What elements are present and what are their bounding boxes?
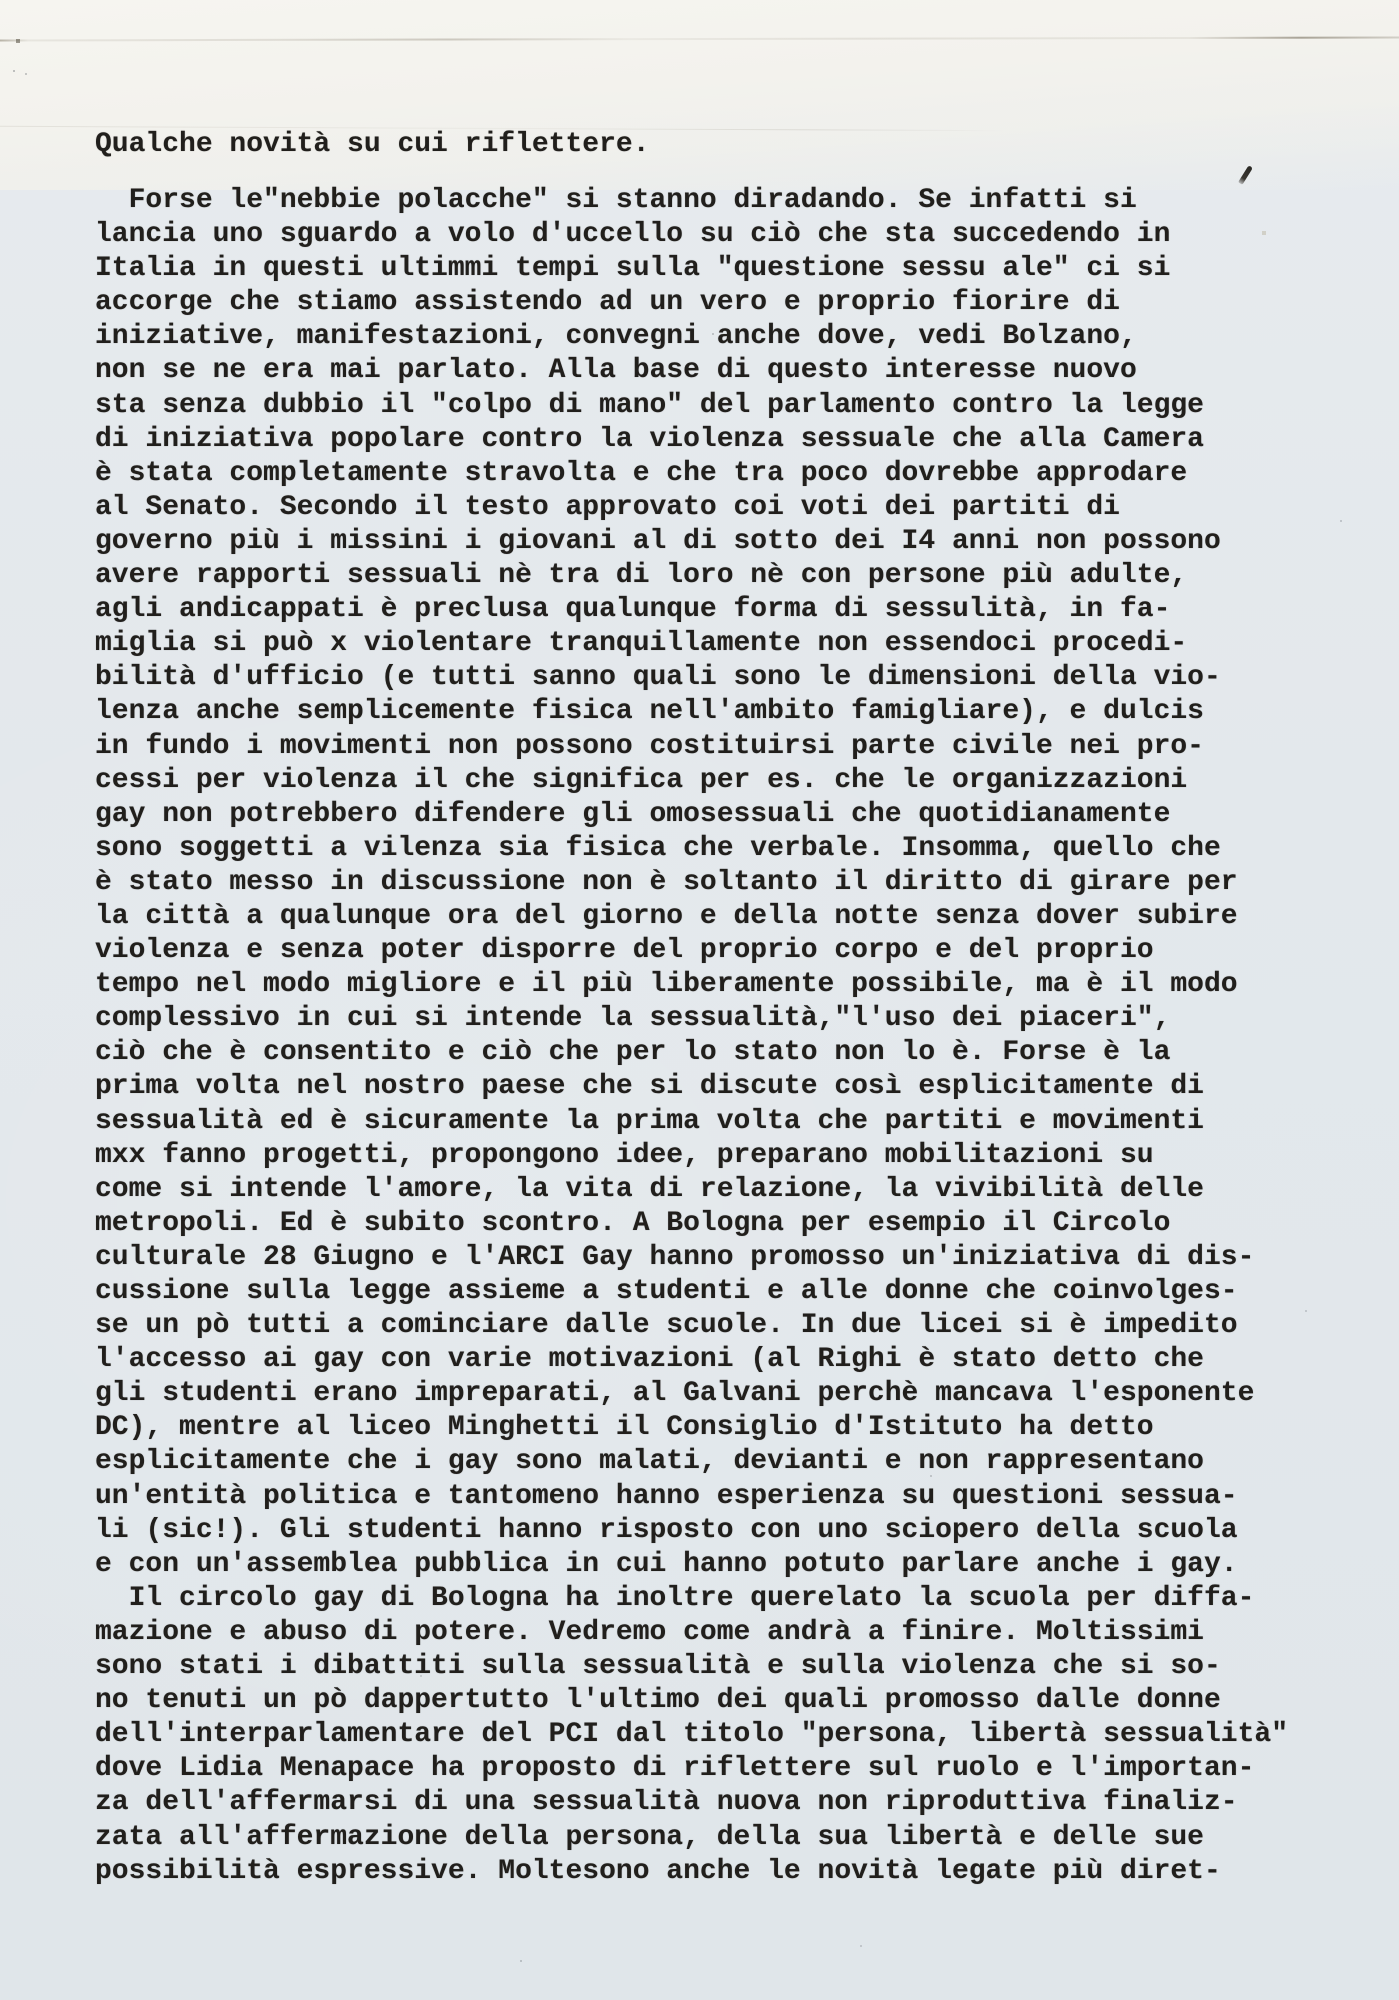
scanned-page: Qualche novità su cui riflettere. Forse … (0, 0, 1399, 2000)
document-title: Qualche novità su cui riflettere. (95, 128, 650, 162)
paper-specks (0, 0, 2, 2)
document-body-text: Forse le"nebbie polacche" si stanno dira… (95, 184, 1288, 1889)
